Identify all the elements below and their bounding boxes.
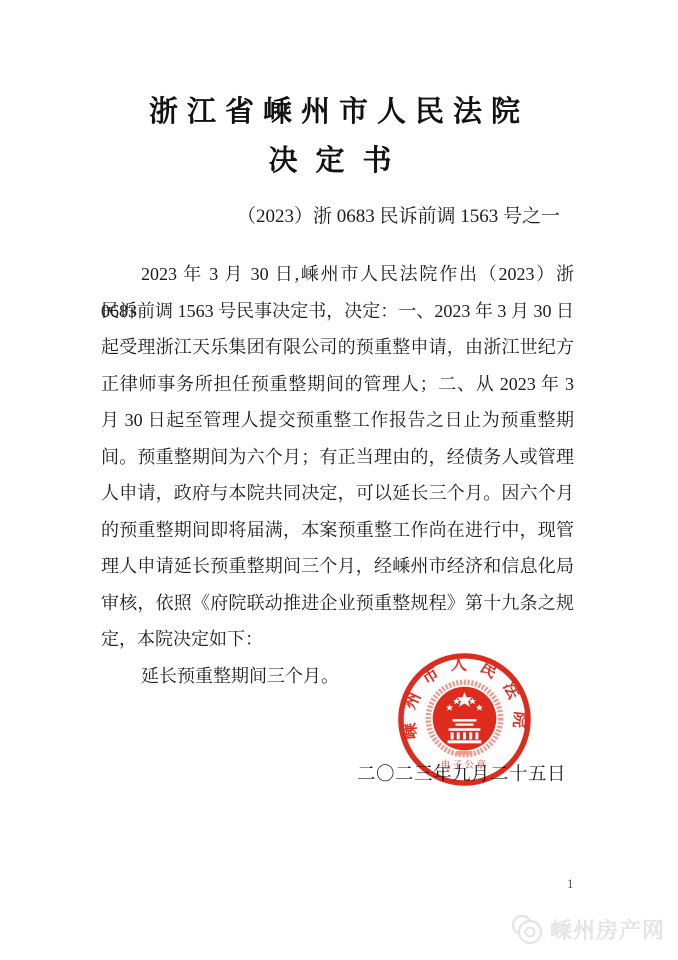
emblem-disc bbox=[433, 687, 497, 751]
body-line: 月 30 日起至管理人提交预重整工作报告之日止为预重整期 bbox=[101, 402, 574, 439]
body-line: 正律师事务所担任预重整期间的管理人；二、从 2023 年 3 bbox=[101, 366, 574, 403]
document-type-title: 决定书 bbox=[0, 138, 678, 179]
body-line: 的预重整期间即将届满，本案预重整工作尚在进行中，现管 bbox=[101, 512, 574, 549]
body-line: 人申请，政府与本院共同决定，可以延长三个月。因六个月 bbox=[101, 475, 574, 512]
page-number: 1 bbox=[567, 876, 574, 892]
decision-body: 2023 年 3 月 30 日,嵊州市人民法院作出（2023）浙 0683民诉前… bbox=[101, 256, 574, 694]
body-line: 延长预重整期间三个月。 bbox=[101, 658, 574, 695]
body-line: 起受理浙江天乐集团有限公司的预重整申请，由浙江世纪方 bbox=[101, 329, 574, 366]
emblem-stars bbox=[446, 692, 482, 711]
body-line: 民诉前调 1563 号民事决定书，决定：一、2023 年 3 月 30 日 bbox=[101, 293, 574, 330]
court-decision-page: 浙江省嵊州市人民法院 决定书 （2023）浙 0683 民诉前调 1563 号之… bbox=[0, 0, 678, 960]
body-line: 定，本院决定如下： bbox=[101, 621, 574, 658]
body-line: 2023 年 3 月 30 日,嵊州市人民法院作出（2023）浙 0683 bbox=[101, 256, 574, 293]
body-line: 间。预重整期间为六个月；有正当理由的，经债务人或管理 bbox=[101, 439, 574, 476]
watermark-text: 嵊州房产网 bbox=[550, 914, 665, 945]
case-number: （2023）浙 0683 民诉前调 1563 号之一 bbox=[237, 201, 560, 228]
watermark-logo-icon bbox=[510, 913, 544, 945]
decision-date: 二〇二三年九月二十五日 bbox=[357, 760, 566, 786]
court-name-title: 浙江省嵊州市人民法院 bbox=[0, 89, 678, 130]
watermark: 嵊州房产网 bbox=[510, 913, 665, 945]
emblem-ribbon bbox=[457, 751, 473, 755]
body-line: 理人申请延长预重整期间三个月，经嵊州市经济和信息化局 bbox=[101, 548, 574, 585]
emblem-tiananmen bbox=[448, 719, 482, 743]
body-line: 审核，依照《府院联动推进企业预重整规程》第十九条之规 bbox=[101, 585, 574, 622]
